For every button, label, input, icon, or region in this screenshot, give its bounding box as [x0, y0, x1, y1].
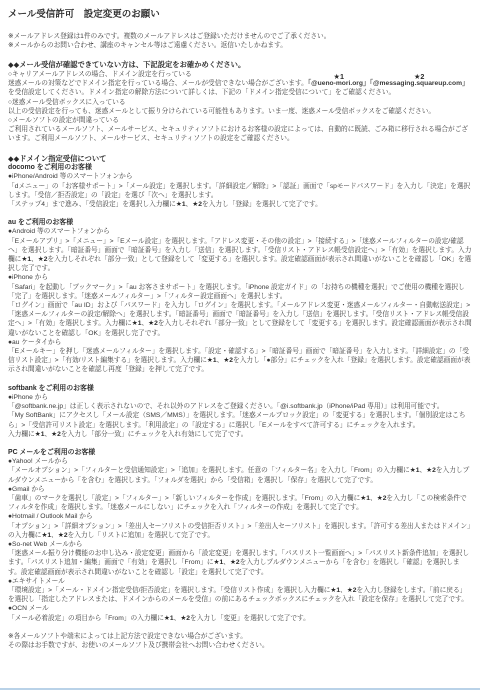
check-item-1-label: ○キャリアメールアドレスの場合、ドメイン設定を行っている: [8, 70, 472, 79]
star-token: ★1: [410, 467, 420, 474]
check-item-1-body: 迷惑メールの対策などでドメイン指定を行っている場合、メールが受信できない場合がご…: [8, 79, 472, 97]
footer-note-1: ※各メールソフトや端末によっては上記方法で設定できない場合がございます。: [8, 632, 472, 641]
star-token: ★2: [347, 587, 357, 594]
star-token: ★1: [164, 615, 174, 622]
docomo-smartphone-step-2: 「ステップ4」まで進み、「受信設定」を選択し入力欄に★1、★2を入力し「登録」を…: [8, 200, 472, 209]
carrier-au-heading: au をご利用のお客様: [8, 218, 472, 227]
star-1-label: ★1: [334, 72, 344, 81]
yahoo-mail-device: ●Yahoo! メールから: [8, 457, 472, 466]
softbank-iphone-step-2: 入力欄に★1、★2を入力し「部分一致」にチェックを入れ有効にして完了です。: [8, 430, 472, 439]
star-token: ★2: [51, 431, 61, 438]
notice-document: メール受信許可 設定変更のお願い ※メールアドレス登録は1件のみです。複数のメー…: [0, 0, 480, 690]
allow-domain-1-text: 「@ueno-mori.org」: [308, 80, 370, 87]
ocn-device: ●OCN メール: [8, 604, 472, 613]
softbank-iphone-step-1: 「My SoftBank」にアクセスし「メール設定（SMS／MMS）」を選択しま…: [8, 411, 472, 429]
star-token: ★1: [360, 495, 370, 502]
softbank-iphone-note: 「@softbank.ne.jp」は正しく表示されないので、それ以外のアドレスを…: [8, 402, 472, 411]
star-token: ★2: [377, 495, 387, 502]
carrier-docomo-heading: docomo をご利用のお客様: [8, 163, 472, 172]
star-token: ★1: [176, 201, 186, 208]
gmail-steps: 「歯車」のマークを選択し「設定」>「フィルター」>「新しいフィルターを作成」を選…: [8, 494, 472, 512]
star-token: ★2: [223, 357, 233, 364]
excite-steps: 「環境設定」>「メール・ドメイン指定受信/拒否設定」を選択します。「受信リスト作…: [8, 586, 472, 604]
star-token: ★2: [426, 467, 436, 474]
star-token: ★2: [148, 320, 158, 327]
check-section-heading: ◆◆メール受信が確認できていない方は、下記設定をお確かめください。: [8, 60, 472, 70]
check-item-2-body: 以上の受信設定を行っても、迷惑メールとして振り分けられている可能性もあります。い…: [8, 107, 472, 116]
star-token: ★2: [38, 256, 48, 263]
star-token: ★1: [132, 320, 142, 327]
docomo-smartphone-step-1: 「dメニュー」の「お客様サポート」>「メール設定」を選択します。「詳細設定／解除…: [8, 182, 472, 200]
au-android-steps: 「Eメールアプリ」>「メニュー」>「Eメール設定」を選択します。「アドレス変更・…: [8, 237, 472, 274]
intro-note-1: ※メールアドレス登録は1件のみです。複数のメールアドレスはご登録いただけませんの…: [8, 32, 472, 41]
intro-note-2: ※メールからのお問い合わせ、講座のキャンセル等はご遠慮ください。返信いたしかねま…: [8, 41, 472, 50]
star-token: ★2: [230, 559, 240, 566]
star-token: ★1: [214, 559, 224, 566]
allow-domain-1: ★1「@ueno-mori.org」: [308, 80, 370, 87]
au-iphone-device: ●iPhone から: [8, 273, 472, 282]
domain-section-heading: ◆◆ドメイン指定受信について: [8, 154, 472, 164]
star-token: ★1: [41, 532, 51, 539]
check-item-2-label: ○迷惑メール受信ボックスに入っている: [8, 98, 472, 107]
au-android-device: ●Android 等のスマートフォンから: [8, 227, 472, 236]
ocn-steps: 「メール必着設定」の項目から「From」の入力欄に★1、★2を入力し「変更」を選…: [8, 614, 472, 623]
carrier-pcmail-heading: PC メールをご利用のお客様: [8, 448, 472, 457]
check-item-1-body-before: 迷惑メールの対策などでドメイン指定を行っている場合、メールが受信できない場合がご…: [8, 80, 308, 87]
star-token: ★1: [330, 587, 340, 594]
star-2-label: ★2: [414, 72, 424, 81]
page-title: メール受信許可 設定変更のお願い: [8, 9, 472, 21]
footer-note-2: その際はお手数ですが、お使いのメールソフト及び携帯会社へお問い合わせください。: [8, 641, 472, 650]
star-token: ★1: [35, 431, 45, 438]
star-token: ★1: [207, 357, 217, 364]
softbank-iphone-device: ●iPhone から: [8, 393, 472, 402]
star-token: ★2: [58, 532, 68, 539]
sonet-steps: 「迷惑メール振り分け機能のお申し込み・設定変更」画面から「設定変更」を選択します…: [8, 549, 472, 577]
check-item-3-body: ご利用されているメールソフト、メールサービス、セキュリティソフトにおけるお客様の…: [8, 125, 472, 143]
check-item-3-label: ○メールソフトの設定が間違っている: [8, 116, 472, 125]
yahoo-mail-steps: 「メールオプション」>「フィルターと受信通知設定」>「追加」を選択します。任意の…: [8, 466, 472, 484]
gmail-device: ●Gmail から: [8, 485, 472, 494]
sonet-device: ●So-net Web メールから: [8, 540, 472, 549]
allow-domain-2-text: 「@messaging.squareup.com」: [370, 80, 469, 87]
carrier-softbank-heading: softbank をご利用のお客様: [8, 384, 472, 393]
au-iphone-step-2: 「ログイン」画面で「au ID」および「パスワード」を入力し「ログイン」を選択し…: [8, 301, 472, 338]
hotmail-outlook-device: ●Hotmail / Outlook Mail から: [8, 512, 472, 521]
check-item-1-body-after: を受信設定してください。ドメイン指定の解除方法について詳しくは、下記の「ドメイン…: [8, 89, 395, 96]
allow-domain-2: ★2「@messaging.squareup.com」: [370, 80, 469, 87]
docomo-smartphone-device: ●iPhone/Android 等のスマートフォンから: [8, 172, 472, 181]
star-token: ★2: [180, 615, 190, 622]
au-keitai-device: ●au ケータイから: [8, 338, 472, 347]
star-token: ★1: [21, 256, 31, 263]
hotmail-outlook-steps: 「オプション」>「詳細オプション」>「差出人セーフリストの受信拒否リスト」>「差…: [8, 522, 472, 540]
au-keitai-steps: 「Eメールキー」を押し「迷惑メールフィルター」を選択します。「設定・確認する」>…: [8, 347, 472, 375]
star-token: ★2: [192, 201, 202, 208]
au-iphone-step-1: 「Safari」を起動し「ブックマーク」>「au お客さまサポート」を選択します…: [8, 283, 472, 301]
excite-device: ●エキサイトメール: [8, 577, 472, 586]
